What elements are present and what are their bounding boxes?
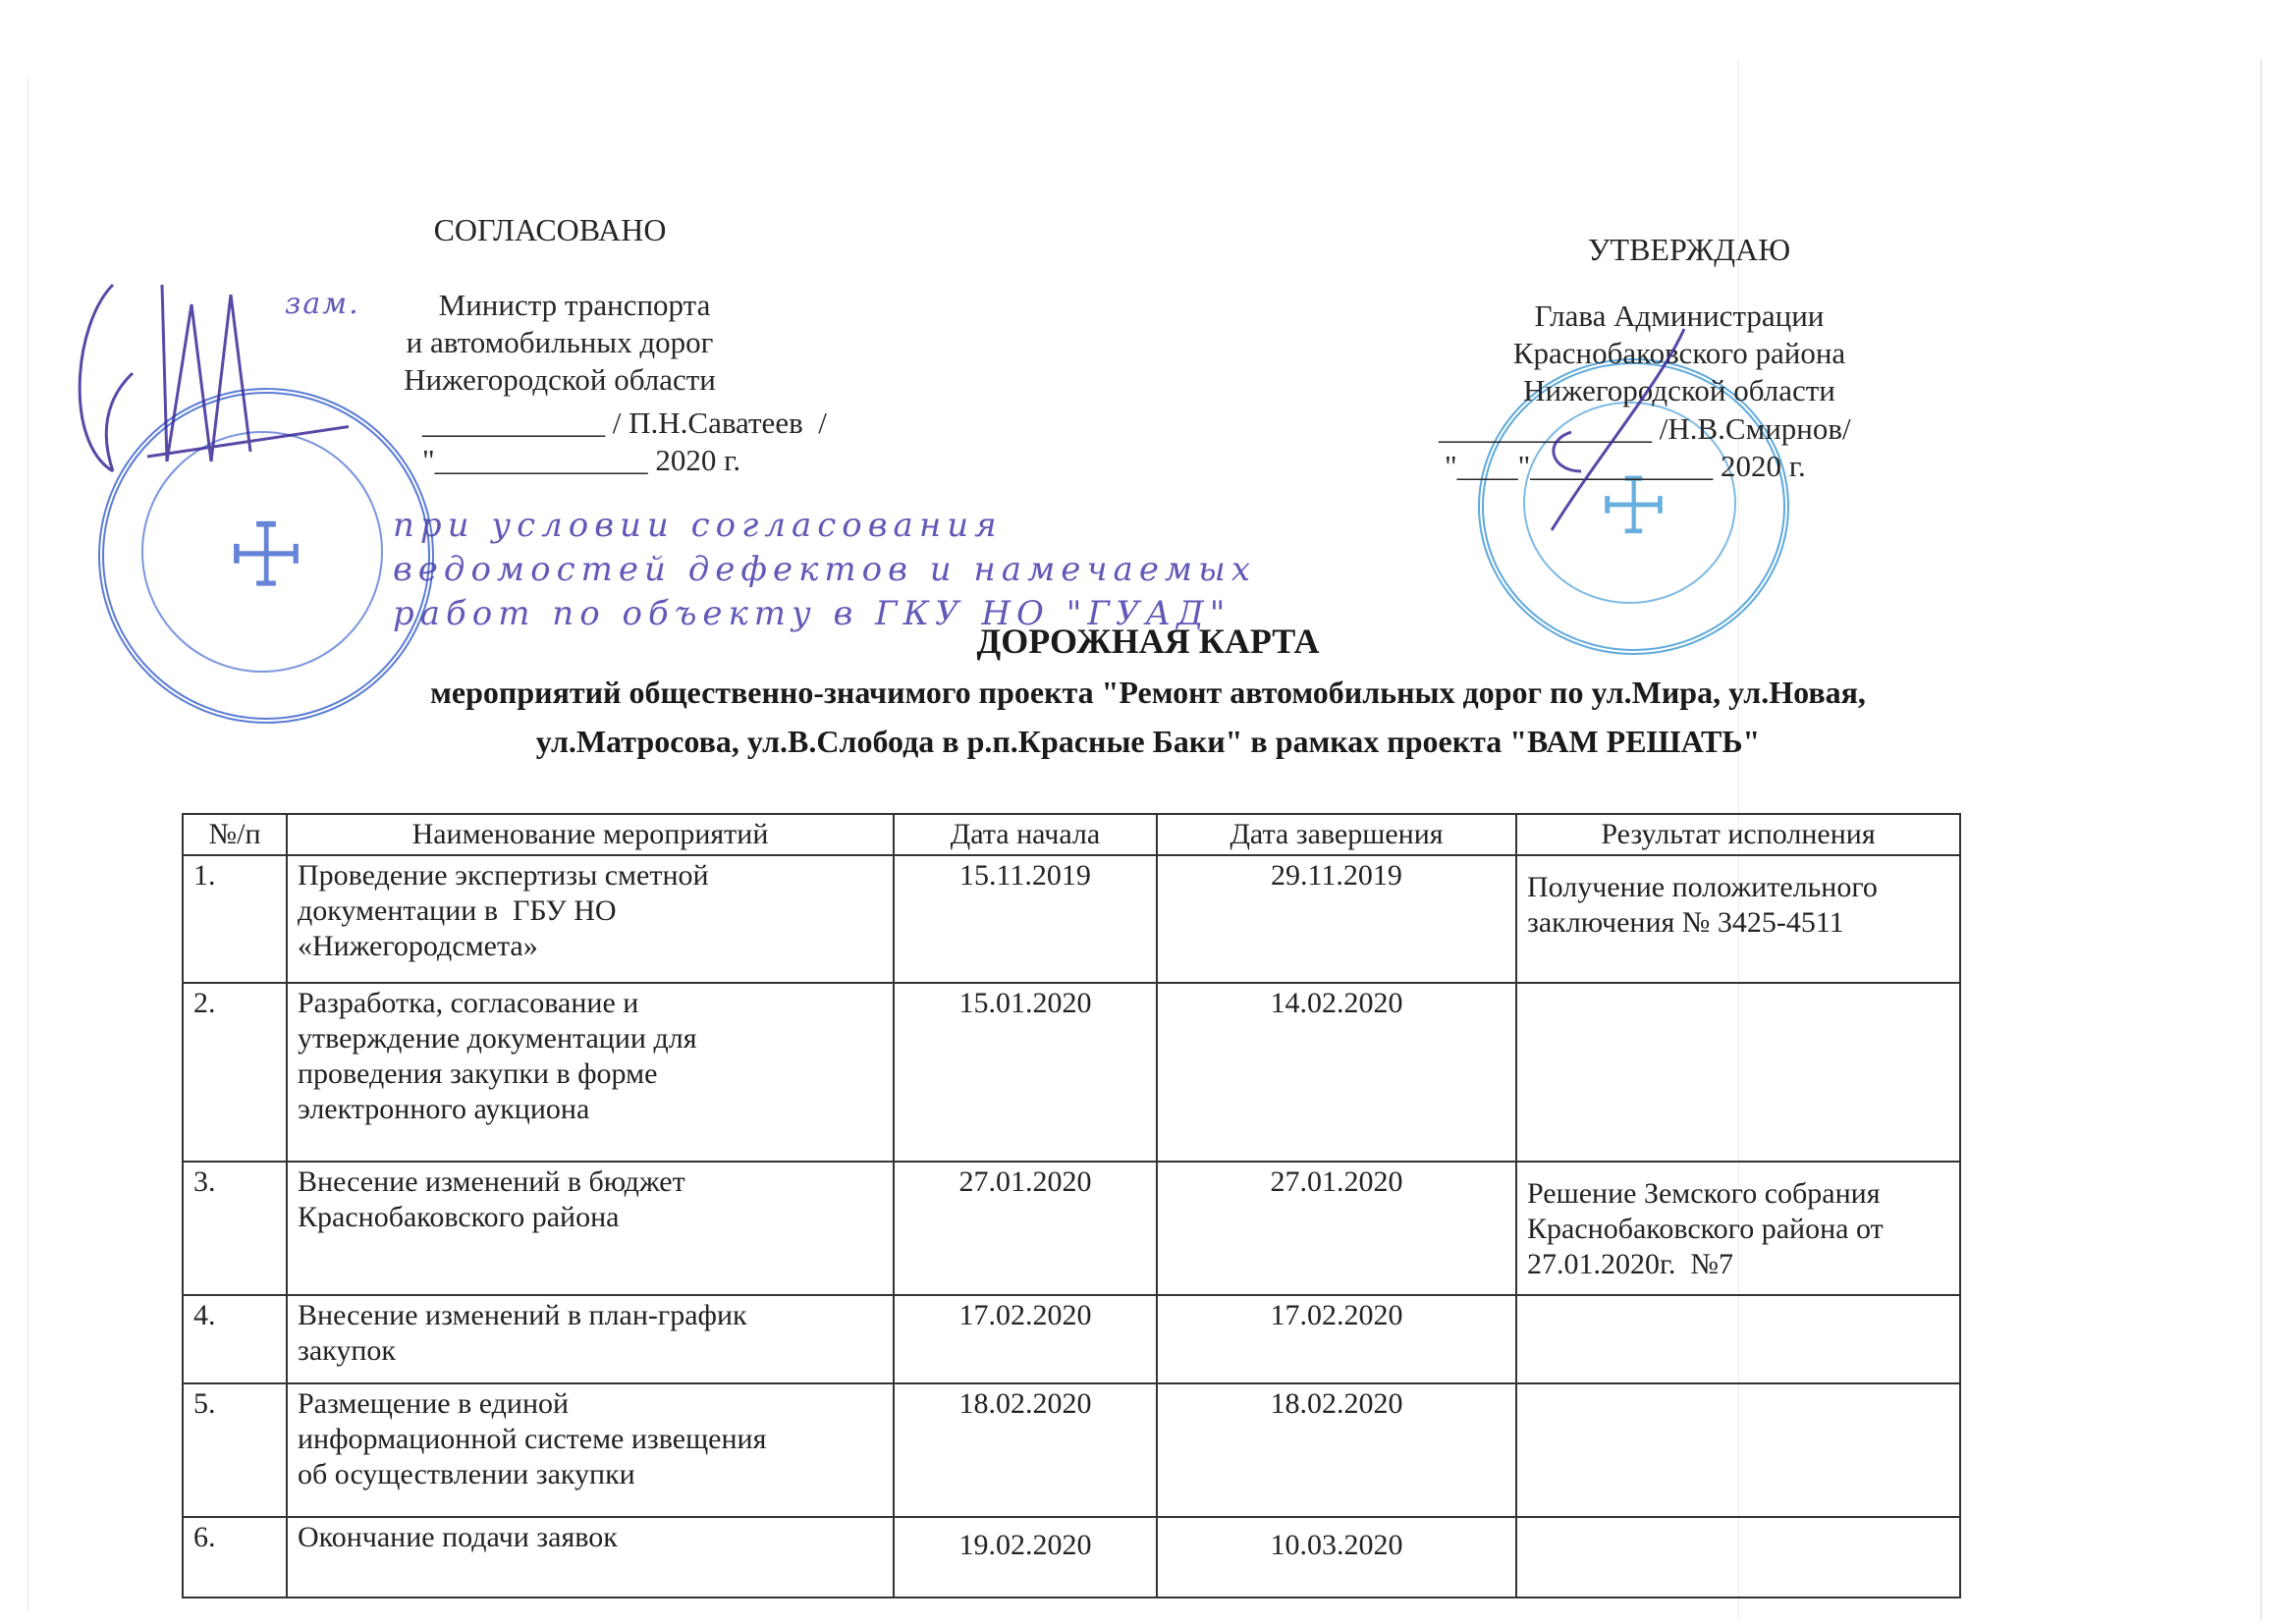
row-number: 1. [183,855,287,983]
result-text: Решение Земского собрания Краснобаковско… [1516,1162,1960,1295]
start-date: 27.01.2020 [894,1162,1157,1295]
left-signature [54,265,349,501]
subtitle-line: мероприятий общественно-значимого проект… [0,668,2296,717]
row-number: 2. [183,983,287,1162]
header-number: №/п [183,814,287,855]
activity-name: Окончание подачи заявок [287,1517,894,1597]
result-text [1516,1295,1960,1383]
table-row: 1. Проведение экспертизы сметной докумен… [183,855,1960,983]
activity-name: Размещение в единой информационной систе… [287,1383,894,1517]
table-row: 6. Окончание подачи заявок 19.02.2020 10… [183,1517,1960,1597]
row-number: 6. [183,1517,287,1597]
header-end-date: Дата завершения [1157,814,1516,855]
left-approval-title: Министр транспорта и автомобильных дорог… [334,287,786,399]
document-title: ДОРОЖНАЯ КАРТА [0,621,2296,662]
activity-name: Проведение экспертизы сметной документац… [287,855,894,983]
table-row: 3. Внесение изменений в бюджет Краснобак… [183,1162,1960,1295]
end-date: 18.02.2020 [1157,1383,1516,1517]
result-text [1516,1517,1960,1597]
coat-of-arms-icon: ☩ [227,505,306,608]
left-signature-line: ____________ / П.Н.Саватеев / "_________… [422,405,827,479]
activity-name: Внесение изменений в бюджет Краснобаковс… [287,1162,894,1295]
left-approval-line: и автомобильных дорог [334,324,786,361]
result-text [1516,983,1960,1162]
end-date: 27.01.2020 [1157,1162,1516,1295]
left-approval-line: Министр транспорта [334,287,786,324]
left-date-line: "______________ 2020 г. [422,442,827,479]
left-approval-block: СОГЛАСОВАНО [324,211,776,248]
subtitle-line: ул.Матросова, ул.В.Слобода в р.п.Красные… [0,717,2296,766]
row-number: 5. [183,1383,287,1517]
activity-name: Внесение изменений в план-график закупок [287,1295,894,1383]
header-result: Результат исполнения [1516,814,1960,855]
header-start-date: Дата начала [894,814,1157,855]
end-date: 14.02.2020 [1157,983,1516,1162]
roadmap-table: №/п Наименование мероприятий Дата начала… [182,813,1961,1598]
table-row: 5. Размещение в единой информационной си… [183,1383,1960,1517]
left-approval-heading: СОГЛАСОВАНО [324,211,776,248]
start-date: 18.02.2020 [894,1383,1157,1517]
scan-artifact-line [27,79,28,1610]
table-row: 4. Внесение изменений в план-график заку… [183,1295,1960,1383]
handwritten-note-line: ведомостей дефектов и намечаемых [393,550,1256,589]
row-number: 3. [183,1162,287,1295]
right-approval-block: УТВЕРЖДАЮ [1473,231,1905,268]
table-header-row: №/п Наименование мероприятий Дата начала… [183,814,1960,855]
scan-artifact-line [2261,59,2262,1620]
right-signature [1512,324,1709,540]
header-activity-name: Наименование мероприятий [287,814,894,855]
start-date: 17.02.2020 [894,1295,1157,1383]
handwritten-note-line: при условии согласования [393,506,1003,545]
document-subtitle: мероприятий общественно-значимого проект… [0,668,2296,766]
start-date: 19.02.2020 [894,1517,1157,1597]
activity-name: Разработка, согласование и утверждение д… [287,983,894,1162]
left-approval-line: Нижегородской области [334,361,786,399]
start-date: 15.11.2019 [894,855,1157,983]
end-date: 29.11.2019 [1157,855,1516,983]
start-date: 15.01.2020 [894,983,1157,1162]
result-text [1516,1383,1960,1517]
end-date: 10.03.2020 [1157,1517,1516,1597]
row-number: 4. [183,1295,287,1383]
right-approval-heading: УТВЕРЖДАЮ [1473,231,1905,268]
table-row: 2. Разработка, согласование и утверждени… [183,983,1960,1162]
end-date: 17.02.2020 [1157,1295,1516,1383]
result-text: Получение положительного заключения № 34… [1516,855,1960,983]
